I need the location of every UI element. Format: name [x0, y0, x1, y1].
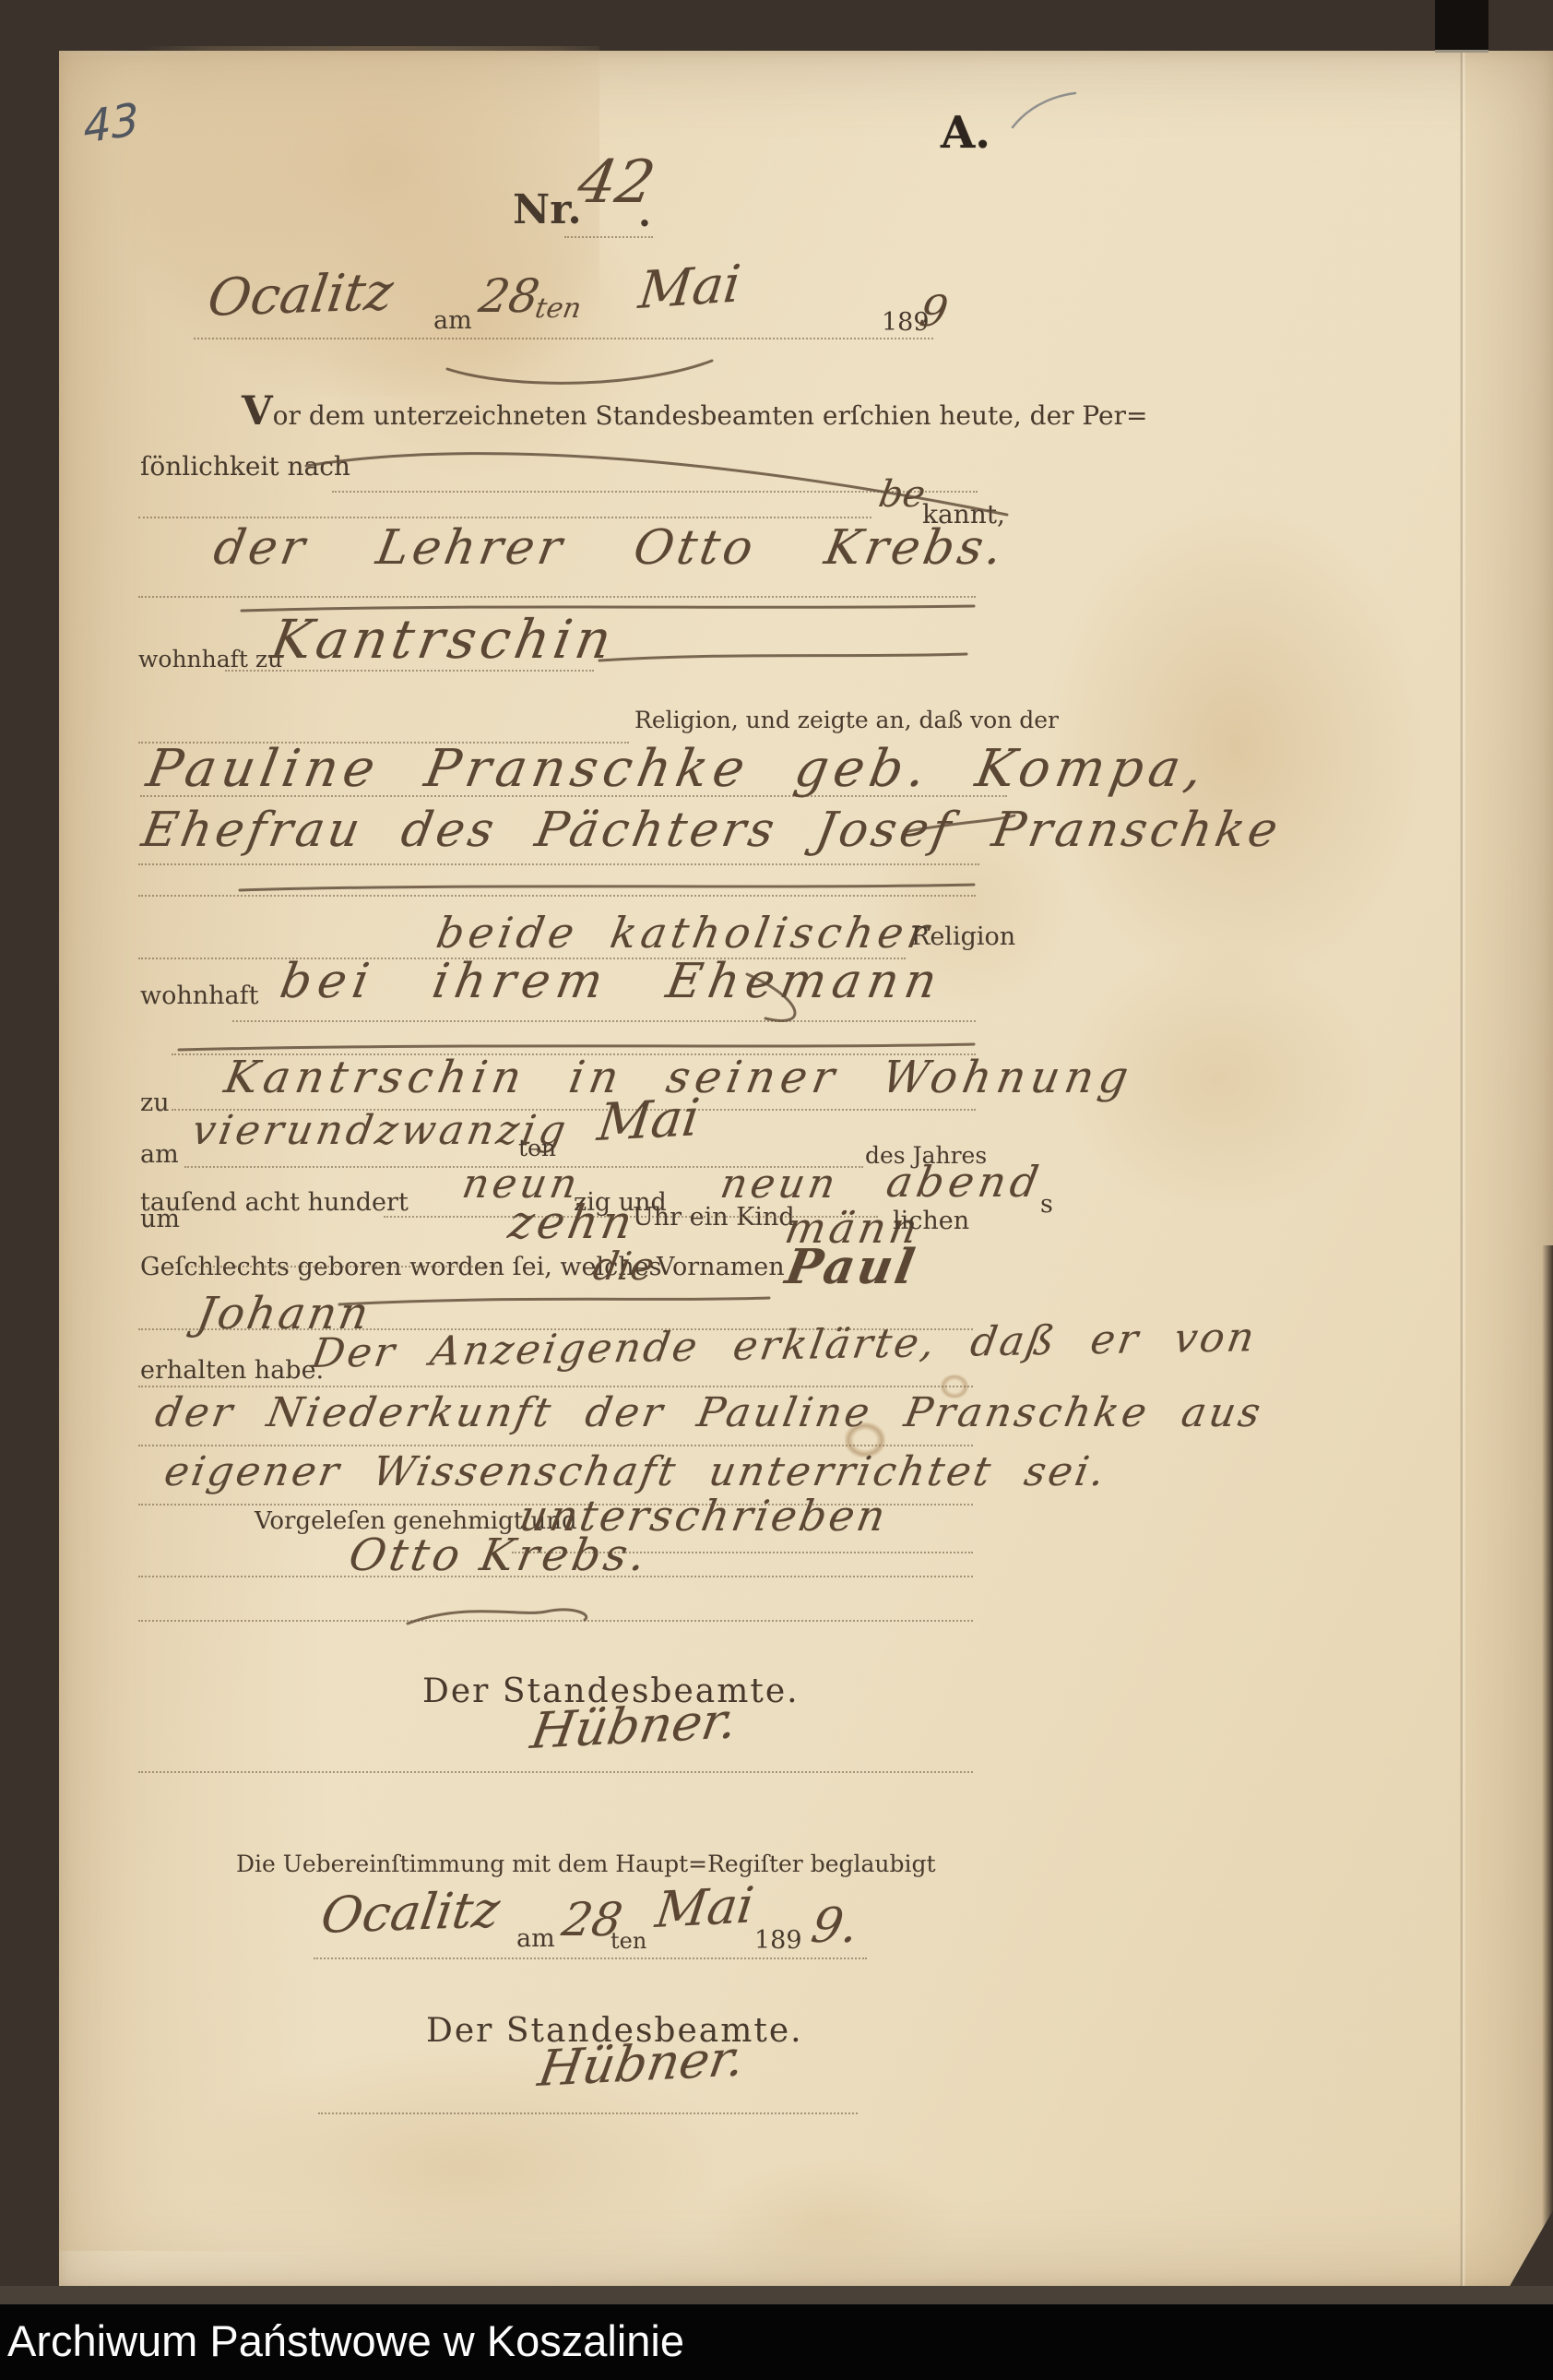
wohnhaft-label: wohnhaft	[140, 983, 258, 1008]
certification-registrar-signature: Hübner.	[535, 2034, 748, 2094]
lichen-label: lichen	[893, 1208, 969, 1233]
section-letter-stamp: A.	[941, 111, 990, 155]
abends-s-label: s	[1040, 1192, 1053, 1217]
ruled-line-bekannt	[138, 517, 871, 518]
ruled-line-huebner-1	[138, 1771, 973, 1773]
ruled-line-blank-2	[172, 1053, 976, 1055]
religion-entry: beide katholischer	[433, 911, 937, 954]
ruled-line-statement-1	[138, 1386, 973, 1387]
intro-line-1: Vor dem unterzeichneten Standesbeamten e…	[242, 391, 1147, 431]
ruled-line-religion-clause	[138, 742, 629, 744]
um-label: um	[140, 1207, 180, 1232]
mother-name-entry: Pauline Pranschke geb. Kompa,	[143, 744, 1212, 795]
certification-month-entry: Mai	[653, 1881, 756, 1935]
ruled-line-blank-1	[138, 895, 976, 897]
ruled-line-wohnhaft	[232, 1020, 976, 1022]
declarant-signature: Otto Krebs.	[346, 1533, 652, 1577]
binding-clip	[1435, 0, 1488, 53]
archival-scan: 43 A. Nr. 42 . Ocalitz am 28 ten Mai 189…	[0, 0, 1553, 2380]
mother-residence-entry: bei ihrem Ehemann	[277, 958, 946, 1006]
statement-line-2: der Niederkunft der Pauline Pranschke au…	[152, 1393, 1266, 1434]
ten-label: ten	[518, 1136, 556, 1160]
tausend-label: tauſend acht hundert	[140, 1190, 409, 1215]
ruled-line-huebner-2	[318, 2112, 858, 2114]
ruled-line-statement-3	[138, 1504, 973, 1505]
daytime-entry: abend	[883, 1160, 1046, 1203]
record-number-label: Nr.	[513, 190, 582, 231]
scan-background-strip	[0, 2286, 1553, 2304]
zu-label: zu	[140, 1090, 170, 1115]
statement-line-3: eigener Wissenschaft unterrichtet sei.	[161, 1452, 1110, 1493]
intro-line-2: ſönlichkeit nach	[140, 454, 350, 480]
mother-status-entry: Ehefrau des Pächters Josef Pranschke	[138, 806, 1285, 854]
ruled-line-religion-entry	[138, 958, 906, 959]
ruled-line-birthdate	[184, 1166, 863, 1168]
certification-year-prefix: 189	[754, 1928, 802, 1953]
die-entry: die	[590, 1247, 658, 1286]
ruled-line-johann	[138, 1328, 973, 1330]
ruled-line-declarant	[138, 596, 976, 598]
religion-label: Religion	[911, 924, 1015, 949]
ruled-line-cert-date	[314, 1958, 867, 1959]
erhalten-habe-label: erhalten habe.	[140, 1358, 324, 1383]
hour-entry: zehn	[505, 1199, 639, 1245]
wohnhaft-zu-label: wohnhaft zu	[138, 648, 282, 671]
declarant-residence-entry: Kantrschin	[267, 613, 620, 666]
unit-entry: neun	[717, 1164, 842, 1205]
archive-footer-bar: Archiwum Państwowe w Koszalinie	[0, 2304, 1553, 2380]
ruled-line-persoenlichkeit	[332, 491, 978, 493]
declarant-entry: der Lehrer Otto Krebs.	[210, 524, 1010, 572]
ruled-line-dateline	[194, 338, 933, 339]
birth-month-entry: Mai	[595, 1092, 702, 1149]
certification-year-digit: 9.	[808, 1902, 862, 1950]
ruled-line-residence	[225, 670, 594, 672]
registrar-signature: Hübner.	[528, 1696, 741, 1756]
registry-place-entry: Ocalitz	[205, 267, 397, 325]
be-entry: be	[876, 476, 928, 513]
certification-ten-label: ten	[611, 1930, 646, 1952]
record-month-entry: Mai	[636, 259, 743, 317]
binding-crease	[1460, 51, 1465, 2288]
ruled-line-hour	[184, 1266, 498, 1267]
record-day-suffix-entry: ten	[533, 295, 583, 323]
ruled-line-krebs-signature	[138, 1576, 973, 1577]
certification-place-entry: Ocalitz	[318, 1885, 503, 1941]
ruled-line-blank-3	[138, 1620, 973, 1622]
ruled-line-mother-2	[138, 863, 979, 865]
ruled-line-nr	[564, 236, 653, 238]
certification-statement: Die Uebereinſtimmung mit dem Haupt=Regiſ…	[236, 1852, 936, 1875]
record-day-entry: 28	[476, 273, 542, 319]
ruled-line-birthplace	[172, 1109, 976, 1111]
am-label-top: am	[433, 308, 472, 333]
ruled-line-mother-1	[140, 795, 1007, 797]
page-right-edge-shadow	[1542, 1245, 1553, 2288]
record-number-period: .	[638, 196, 651, 232]
first-name-entry: Paul	[782, 1244, 920, 1291]
adjacent-page-edge	[1465, 51, 1553, 2288]
am-label-birth: am	[140, 1142, 179, 1167]
ruled-line-year	[384, 1216, 878, 1218]
birth-day-entry: vierundzwanzig	[189, 1111, 572, 1151]
religion-clause-printed: Religion, und zeigte an, daß von der	[634, 708, 1059, 732]
ruled-line-unterschrieben	[512, 1552, 973, 1553]
ruled-line-statement-2	[138, 1445, 973, 1446]
archive-watermark: Archiwum Państwowe w Koszalinie	[7, 2319, 684, 2362]
certification-am-label: am	[516, 1926, 555, 1951]
pencil-page-number: 43	[82, 97, 140, 150]
vornamen-label: Vornamen	[657, 1255, 785, 1279]
